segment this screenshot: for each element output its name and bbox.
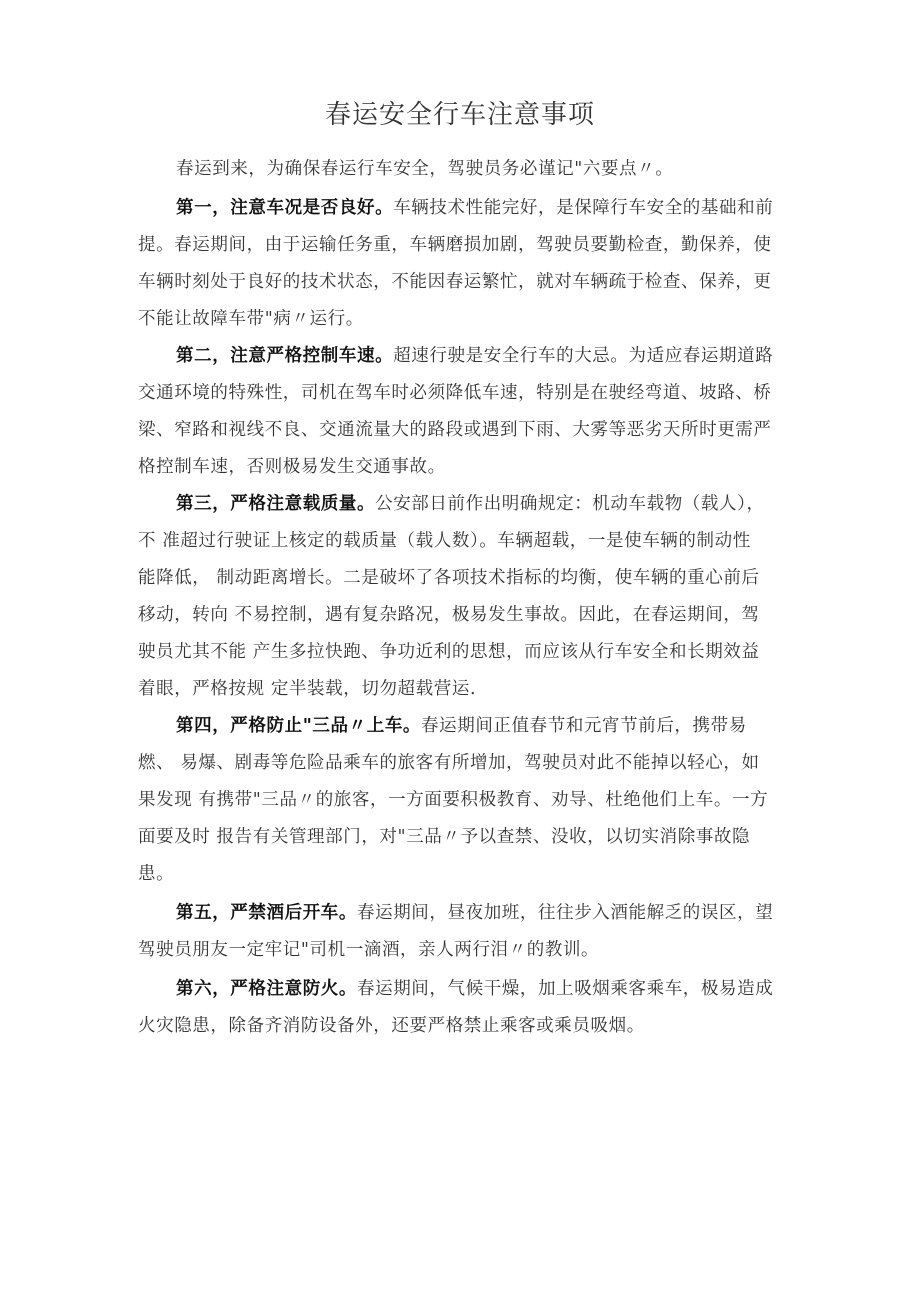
section-2-heading: 第二，注意严格控制车速。 — [176, 346, 393, 366]
section-4-first-line: 第四，严格防止"三品〃上车。春运期间正值春节和元宵节前后，携带易 — [176, 714, 836, 738]
section-2-line: 格控制车速，否则极易发生交通事故。 — [138, 455, 798, 479]
document-title: 春运安全行车注意事项 — [0, 94, 920, 131]
section-3-heading: 第三，严格注意载质量。 — [176, 494, 375, 514]
intro-paragraph: 春运到来，为确保春运行车安全，驾驶员务必谨记"六要点〃。 — [176, 157, 836, 181]
section-3-line: 不 准超过行驶证上核定的载质量（载人数）。车辆超载，一是使车辆的制动性 — [138, 529, 798, 553]
section-3-line: 驶员尤其不能 产生多拉快跑、争功近利的思想，而应该从行车安全和长期效益 — [138, 640, 798, 664]
section-3-first-line: 第三，严格注意载质量。公安部日前作出明确规定：机动车载物（载人）， — [176, 492, 836, 516]
section-5-heading: 第五，严禁酒后开车。 — [176, 903, 357, 923]
section-4-text: 春运期间正值春节和元宵节前后，携带易 — [421, 716, 747, 736]
section-6-text: 春运期间，气候干燥，加上吸烟乘客乘车，极易造成 — [357, 979, 773, 999]
section-2-line: 梁、窄路和视线不良、交通流量大的路段或遇到下雨、大雾等恶劣天所时更需严 — [138, 418, 798, 442]
section-1-line: 车辆时刻处于良好的技术状态，不能因春运繁忙，就对车辆疏于检查、保养，更 — [138, 270, 798, 294]
section-5-line: 驾驶员朋友一定牢记"司机一滴酒，亲人两行泪〃的教训。 — [138, 938, 798, 962]
section-3-line: 移动，转向 不易控制，遇有复杂路况，极易发生事故。因此，在春运期间，驾 — [138, 603, 798, 627]
section-1-line: 不能让故障车带"病〃运行。 — [138, 307, 798, 331]
section-4-line: 患。 — [138, 862, 798, 886]
section-4-line: 燃、 易爆、剧毒等危险品乘车的旅客有所增加，驾驶员对此不能掉以轻心，如 — [138, 751, 798, 775]
section-3-line: 着眼，严格按规 定半装载，切勿超载营运. — [138, 677, 798, 701]
section-3-text: 公安部日前作出明确规定：机动车载物（载人）， — [375, 494, 764, 514]
section-5-text: 春运期间，昼夜加班，往往步入酒能解乏的误区，望 — [357, 903, 773, 923]
section-6-line: 火灾隐患，除备齐消防设备外，还要严格禁止乘客或乘员吸烟。 — [138, 1014, 798, 1038]
section-4-line: 面要及时 报告有关管理部门，对"三品〃予以查禁、没收，以切实消除事故隐 — [138, 825, 798, 849]
section-5-first-line: 第五，严禁酒后开车。春运期间，昼夜加班，往往步入酒能解乏的误区，望 — [176, 901, 836, 925]
section-1-first-line: 第一，注意车况是否良好。车辆技术性能完好，是保障行车安全的基础和前 — [176, 196, 836, 220]
section-4-heading: 第四，严格防止"三品〃上车。 — [176, 716, 421, 736]
section-2-text: 超速行驶是安全行车的大忌。为适应春运期道路 — [393, 346, 773, 366]
section-1-line: 提。春运期间，由于运输任务重，车辆磨损加剧，驾驶员要勤检查，勤保养，使 — [138, 233, 798, 257]
section-6-first-line: 第六，严格注意防火。春运期间，气候干燥，加上吸烟乘客乘车，极易造成 — [176, 977, 836, 1001]
section-4-line: 果发现 有携带"三品〃的旅客，一方面要积极教育、劝导、杜绝他们上车。一方 — [138, 788, 798, 812]
section-6-heading: 第六，严格注意防火。 — [176, 979, 357, 999]
section-1-heading: 第一，注意车况是否良好。 — [176, 198, 393, 218]
section-3-line: 能降低， 制动距离增长。二是破坏了各项技术指标的均衡，使车辆的重心前后 — [138, 566, 798, 590]
section-2-line: 交通环境的特殊性，司机在驾车时必须降低车速，特别是在驶经弯道、坡路、桥 — [138, 381, 798, 405]
section-2-first-line: 第二，注意严格控制车速。超速行驶是安全行车的大忌。为适应春运期道路 — [176, 344, 836, 368]
section-1-text: 车辆技术性能完好，是保障行车安全的基础和前 — [393, 198, 773, 218]
